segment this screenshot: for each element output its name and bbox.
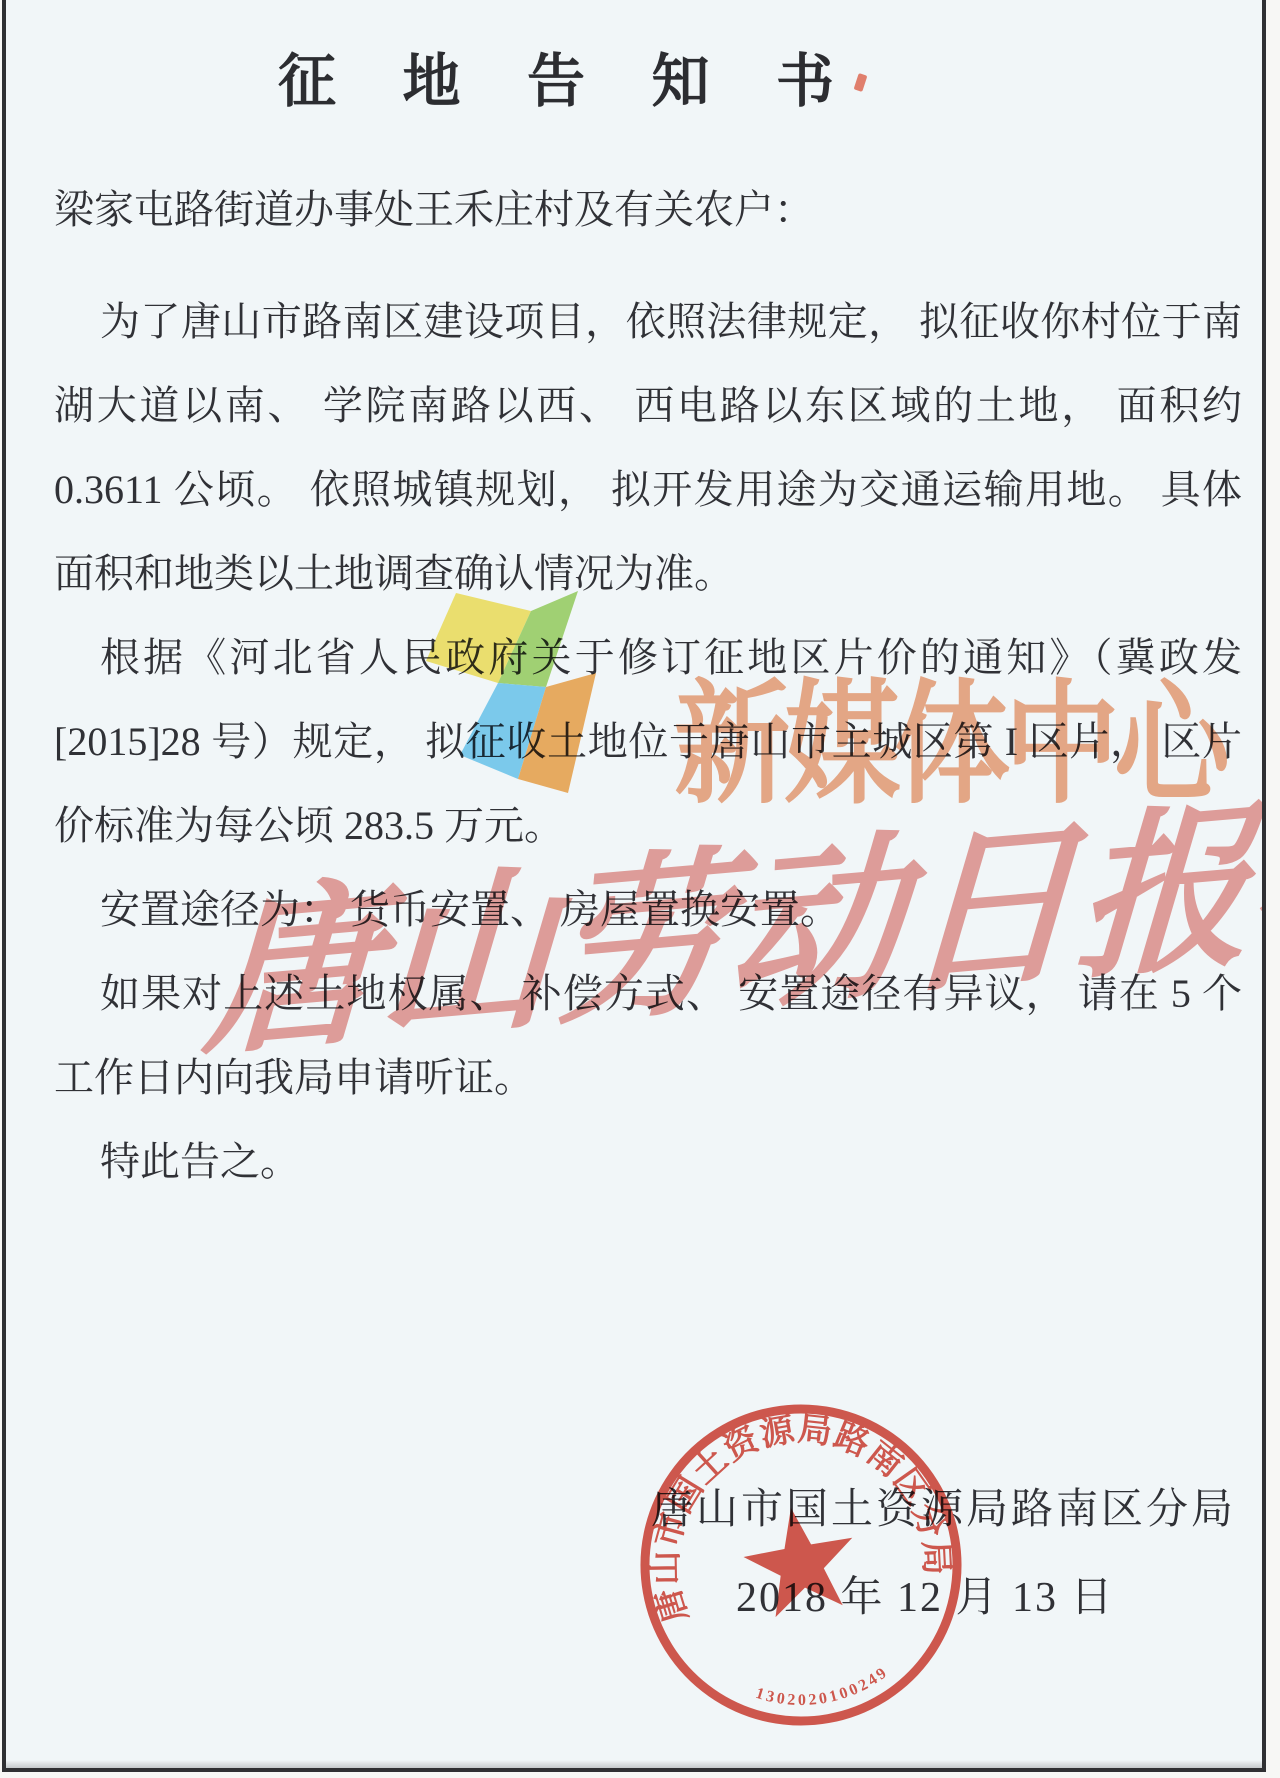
- paragraph-resettlement: 安置途径为： 货币安置、 房屋置换安置。: [54, 868, 1242, 952]
- paragraph-project: 为了唐山市路南区建设项目，依照法律规定， 拟征收你村位于南湖大道以南、 学院南路…: [54, 280, 1242, 616]
- seal-group: 唐山市国土资源局路南区分局 1302020100249: [621, 1385, 981, 1745]
- seal-serial-number: 1302020100249: [751, 1662, 895, 1719]
- recipient-line: 梁家屯路街道办事处王禾庄村及有关农户：: [54, 168, 1242, 252]
- scanned-notice-page: 征 地 告 知 书 梁家屯路街道办事处王禾庄村及有关农户： 为了唐山市路南区建设…: [2, 0, 1266, 1772]
- paragraph-price-standard: 根据《河北省人民政府关于修订征地区片价的通知》（冀政发[2015]28 号）规定…: [54, 616, 1242, 868]
- document-body: 梁家屯路街道办事处王禾庄村及有关农户： 为了唐山市路南区建设项目，依照法律规定，…: [54, 168, 1242, 1204]
- seal-star-icon: [737, 1498, 864, 1620]
- official-seal: 唐山市国土资源局路南区分局 1302020100249: [621, 1385, 981, 1745]
- scan-edge-shadow: [6, 1760, 1262, 1768]
- document-title: 征 地 告 知 书: [54, 34, 1084, 118]
- paragraph-objection: 如果对上述土地权属、 补偿方式、 安置途径有异议， 请在 5 个工作日内向我局申…: [54, 952, 1242, 1120]
- paragraph-closing: 特此告之。: [54, 1120, 1242, 1204]
